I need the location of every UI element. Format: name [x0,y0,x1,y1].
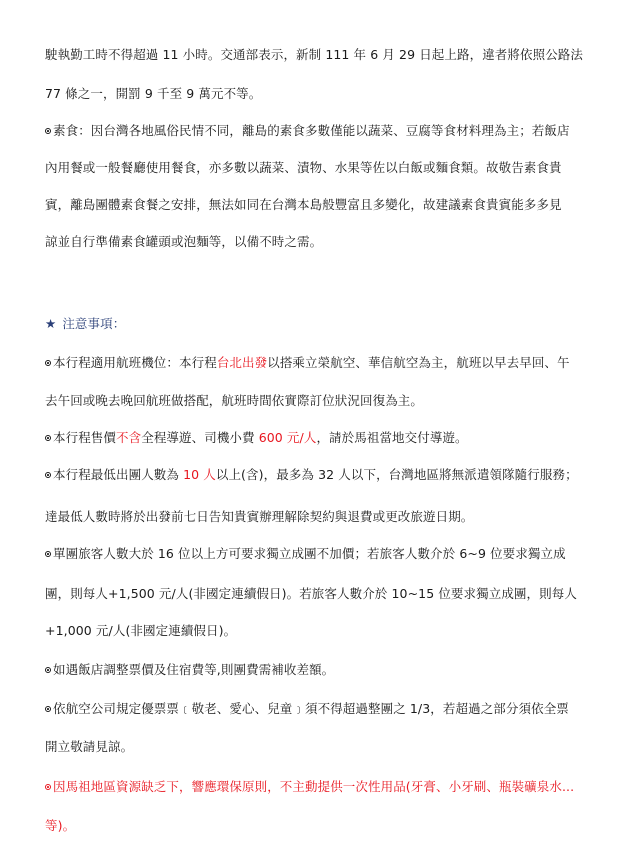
bullet-icon [45,551,51,557]
paragraph-line: +1,000 元/人(非國定連續假日)。 [45,622,236,640]
text: ，請於馬祖當地交付導遊。 [316,430,467,445]
bullet-icon [45,784,51,790]
paragraph-line: 駛執勤工時不得超過 11 小時。交通部表示，新制 111 年 6 月 29 日起… [45,46,583,64]
paragraph-line: 等)。 [45,817,75,835]
bullet-icon [45,706,51,712]
notice-item-flight: 本行程適用航班機位：本行程台北出發以搭乘立榮航空、華信航空為主，航班以早去早回、… [45,354,570,372]
heading-text: 注意事項： [62,316,125,331]
text: 以搭乘立榮航空、華信航空為主，航班以早去早回、午 [267,355,569,370]
paragraph-line: 開立敬請見諒。 [45,738,133,756]
highlight-text: 不含 [116,430,141,445]
text: 依航空公司規定優票票﹝敬老、愛心、兒童﹞須不得超過整團之 1/3，若超過之部分須… [53,701,569,716]
highlight-text: 600 元/人 [259,430,317,445]
notice-item-hotel: 如遇飯店調整票價及住宿費等,則團費需補收差額。 [45,661,334,679]
text: 因馬祖地區資源缺乏下，響應環保原則，不主動提供一次性用品(牙膏、小牙刷、瓶裝礦泉… [53,779,574,794]
text: 本行程最低出團人數為 [53,467,183,482]
document-page: 駛執勤工時不得超過 11 小時。交通部表示，新制 111 年 6 月 29 日起… [0,0,630,859]
paragraph-line: 77 條之一，開罰 9 千至 9 萬元不等。 [45,85,261,103]
notice-item-group: 單團旅客人數大於 16 位以上方可要求獨立成團不加價；若旅客人數介於 6~9 位… [45,545,566,563]
notice-heading: ★注意事項： [45,315,125,333]
notice-item-ticket: 依航空公司規定優票票﹝敬老、愛心、兒童﹞須不得超過整團之 1/3，若超過之部分須… [45,700,569,718]
bullet-icon [45,667,51,673]
text: 全程導遊、司機小費 [141,430,258,445]
text: 本行程適用航班機位：本行程 [53,355,217,370]
paragraph-line: 內用餐或一般餐廳使用餐食，亦多數以蔬菜、漬物、水果等佐以白飯或麵食類。故敬告素食… [45,159,562,177]
star-icon: ★ [45,316,56,331]
notice-item-eco: 因馬祖地區資源缺乏下，響應環保原則，不主動提供一次性用品(牙膏、小牙刷、瓶裝礦泉… [45,778,574,796]
notice-item-minimum: 本行程最低出團人數為 10 人以上(含)，最多為 32 人以下，台灣地區將無派遣… [45,466,578,484]
text: 如遇飯店調整票價及住宿費等,則團費需補收差額。 [53,662,334,677]
bullet-icon [45,128,51,134]
paragraph-line: 諒並自行準備素食罐頭或泡麵等，以備不時之需。 [45,233,322,251]
text: 以上(含)，最多為 32 人以下，台灣地區將無派遣領隊隨行服務； [216,467,578,482]
highlight-text: 10 人 [183,467,216,482]
text: 本行程售價 [53,430,116,445]
text: 素食：因台灣各地風俗民情不同，離島的素食多數僅能以蔬菜、豆腐等食材料理為主；若飯… [53,123,570,138]
vegetarian-note: 素食：因台灣各地風俗民情不同，離島的素食多數僅能以蔬菜、豆腐等食材料理為主；若飯… [45,122,570,140]
paragraph-line: 團，則每人+1,500 元/人(非國定連續假日)。若旅客人數介於 10~15 位… [45,585,577,603]
bullet-icon [45,360,51,366]
paragraph-line: 賓，離島團體素食餐之安排，無法如同在台灣本島般豐富且多變化，故建議素食貴賓能多多… [45,196,562,214]
bullet-icon [45,435,51,441]
paragraph-line: 去午回或晚去晚回航班做搭配，航班時間依實際訂位狀況回復為主。 [45,392,423,410]
notice-item-tip: 本行程售價不含全程導遊、司機小費 600 元/人，請於馬祖當地交付導遊。 [45,429,468,447]
bullet-icon [45,472,51,478]
paragraph-line: 達最低人數時將於出發前七日告知貴賓辦理解除契約與退費或更改旅遊日期。 [45,508,473,526]
text: 單團旅客人數大於 16 位以上方可要求獨立成團不加價；若旅客人數介於 6~9 位… [53,546,566,561]
highlight-text: 台北出發 [217,355,267,370]
